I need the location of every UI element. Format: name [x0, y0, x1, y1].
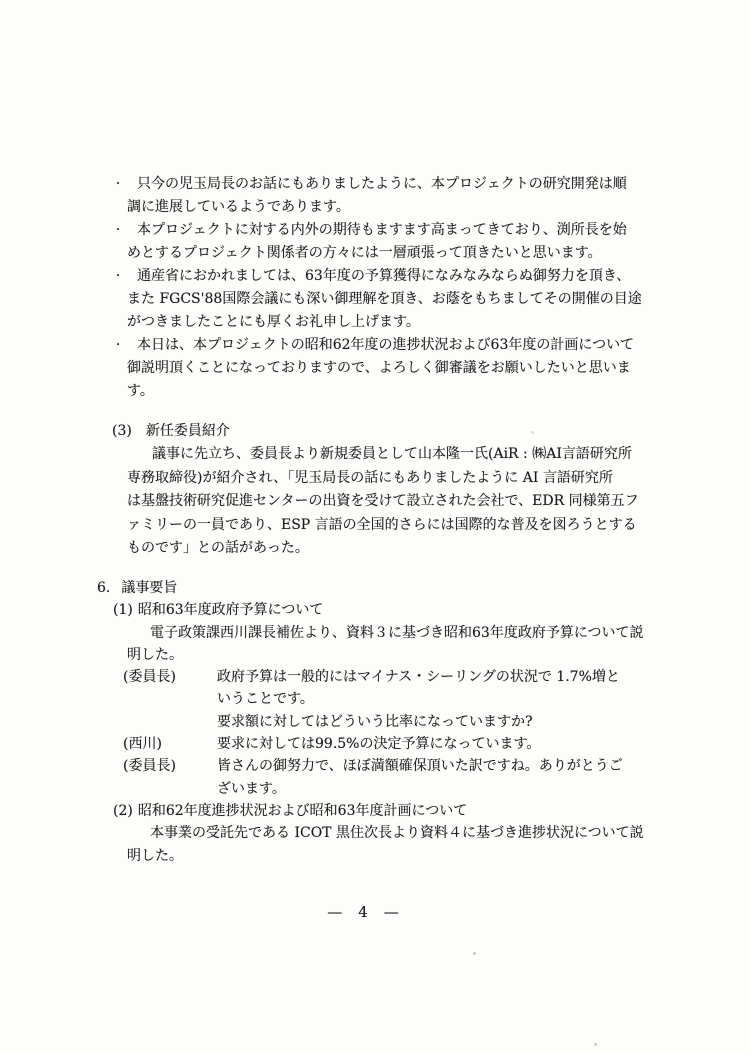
- footer-dash-right: —: [384, 903, 399, 921]
- dialogue-line: (西川) 要求に対しては99.5%の決定予算になっています。: [97, 733, 649, 755]
- bullet-item: ・ 本プロジェクトに対する内外の期待もますます高まってきており、渕所長を始: [112, 219, 652, 242]
- item-label: (1): [113, 602, 133, 618]
- text-line: 御説明頂くことになっておりますので、よろしく御審議をお願いしたいと思いま: [112, 357, 652, 380]
- item-title: 昭和62年度進捗状況および昭和63年度計画について: [138, 803, 467, 819]
- text-line: がつきましたことにも厚くお礼申し上げます。: [112, 311, 652, 334]
- speaker-label: (委員長): [123, 755, 176, 777]
- section-label: (3): [112, 423, 132, 439]
- text-line: めとするプロジェクト関係者の方々には一層頑張って頂きたいと思います。: [112, 242, 652, 265]
- bullet-icon: ・: [113, 219, 123, 242]
- text-line: 本日は、本プロジェクトの昭和62年度の進捗状況および63年度の計画について: [137, 337, 634, 353]
- text-line: 明した。: [97, 845, 649, 867]
- section-new-member-introduction: (3)新任委員紹介 議事に先立ち、委員長より新規委員として山本隆一氏(AiR :…: [112, 420, 652, 560]
- text-line: 議事に先立ち、委員長より新規委員として山本隆一氏(AiR : ㈱AI言語研究所: [112, 443, 652, 466]
- text-line: いうことです。: [97, 688, 649, 710]
- section-title: 新任委員紹介: [146, 423, 230, 439]
- item-heading: (1)昭和63年度政府予算について: [97, 599, 649, 621]
- scan-speck: [473, 952, 476, 955]
- text-line: ァミリーの一員であり、ESP 言語の全国的さらには国際的な普及を図ろうとする: [112, 514, 652, 537]
- dialogue-line: (委員長) 皆さんの御努力で、ほぼ満額確保頂いた訳ですね。ありがとうご: [97, 755, 649, 777]
- dialogue-line: (委員長) 政府予算は一般的にはマイナス・シーリングの状況で 1.7%増と: [97, 666, 649, 688]
- bullet-icon: ・: [113, 265, 123, 288]
- bullet-icon: ・: [113, 334, 123, 357]
- text-line: 皆さんの御努力で、ほぼ満額確保頂いた訳ですね。ありがとうご: [217, 758, 623, 774]
- section-heading: (3)新任委員紹介: [112, 420, 652, 443]
- section-heading: 6.議事要旨: [97, 577, 649, 599]
- bullet-icon: ・: [113, 173, 123, 196]
- text-line: 本プロジェクトに対する内外の期待もますます高まってきており、渕所長を始: [137, 222, 627, 238]
- item-title: 昭和63年度政府予算について: [138, 602, 324, 618]
- text-line: ざいます。: [97, 778, 649, 800]
- text-line: は基盤技術研究促進センターの出資を受けて設立された会社で、EDR 同様第五フ: [112, 490, 652, 513]
- bullet-item: ・ 本日は、本プロジェクトの昭和62年度の進捗状況および63年度の計画について: [112, 334, 652, 357]
- item-heading: (2)昭和62年度進捗状況および昭和63年度計画について: [97, 800, 649, 822]
- speaker-label: (委員長): [123, 666, 176, 688]
- text-line: 只今の児玉局長のお話にもありましたように、本プロジェクトの研究開発は順: [137, 176, 627, 192]
- text-line: 政府予算は一般的にはマイナス・シーリングの状況で 1.7%増と: [217, 669, 620, 685]
- text-line: 調に進展しているようであります。: [112, 196, 652, 219]
- scan-speck: [531, 431, 534, 434]
- text-line: 通産省におかれましては、63年度の予算獲得になみなみならぬ御努力を頂き、: [137, 268, 630, 284]
- speaker-label: (西川): [123, 733, 162, 755]
- text-line: 専務取締役)が紹介され、「児玉局長の話にもありましたように AI 言語研究所: [112, 467, 652, 490]
- text-line: また FGCS'88国際会議にも深い御理解を頂き、お蔭をもちましてその開催の目途: [112, 288, 652, 311]
- page-footer: —4—: [110, 901, 616, 924]
- section-proceedings-summary: 6.議事要旨 (1)昭和63年度政府予算について 電子政策課西川課長補佐より、資…: [97, 577, 649, 867]
- text-line: す。: [112, 380, 652, 403]
- footer-dash-left: —: [327, 903, 342, 921]
- text-line: 電子政策課西川課長補佐より、資料３に基づき昭和63年度政府予算について説: [97, 622, 649, 644]
- bullet-item: ・ 只今の児玉局長のお話にもありましたように、本プロジェクトの研究開発は順: [112, 173, 652, 196]
- document-page: ・ 只今の児玉局長のお話にもありましたように、本プロジェクトの研究開発は順 調に…: [0, 0, 750, 1054]
- text-line: 要求に対しては99.5%の決定予算になっています。: [217, 736, 540, 752]
- scan-speck: [594, 1043, 597, 1046]
- section-title: 議事要旨: [121, 580, 177, 596]
- opening-remarks: ・ 只今の児玉局長のお話にもありましたように、本プロジェクトの研究開発は順 調に…: [112, 173, 652, 403]
- text-line: 要求額に対してはどういう比率になっていますか?: [97, 711, 649, 733]
- text-line: ものです」との話があった。: [112, 537, 652, 560]
- item-label: (2): [113, 803, 133, 819]
- bullet-item: ・ 通産省におかれましては、63年度の予算獲得になみなみならぬ御努力を頂き、: [112, 265, 652, 288]
- text-line: 明した。: [97, 644, 649, 666]
- page-number: 4: [358, 903, 368, 921]
- text-line: 本事業の受託先である ICOT 黒住次長より資料４に基づき進捗状況について説: [97, 822, 649, 844]
- section-number: 6.: [97, 580, 110, 596]
